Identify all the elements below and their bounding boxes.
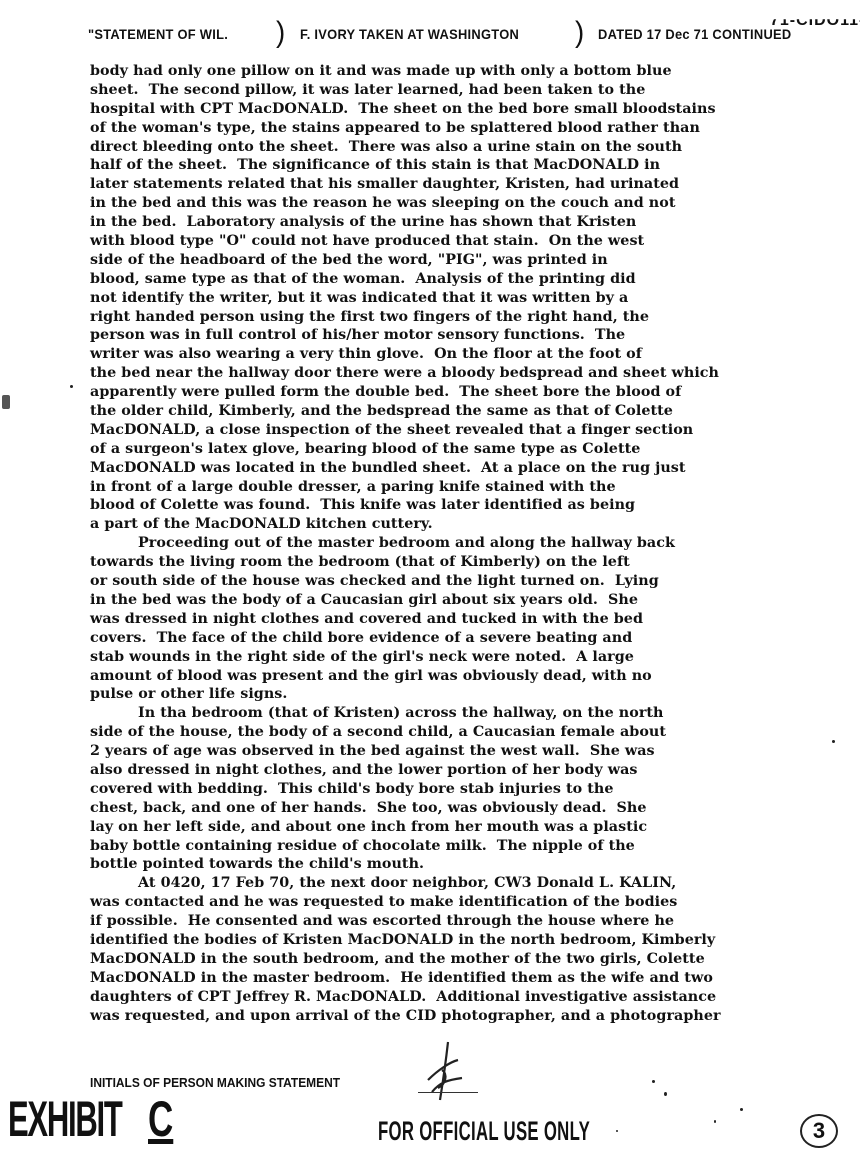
text-line: or south side of the house was checked a… [90, 572, 820, 591]
text-line: MacDONALD in the south bedroom, and the … [90, 950, 820, 969]
text-line: MacDONALD, a close inspection of the she… [90, 421, 820, 440]
initials-label: INITIALS OF PERSON MAKING STATEMENT [90, 1075, 340, 1090]
text-line: pulse or other life signs. [90, 685, 820, 704]
text-line: covered with bedding. This child's body … [90, 780, 820, 799]
dated-label: DATED 17 Dec 71 CONTINUED [598, 26, 791, 42]
text-line: MacDONALD was located in the bundled she… [90, 459, 820, 478]
bracket-mark: ) [276, 16, 285, 50]
text-line: amount of blood was present and the girl… [90, 667, 820, 686]
text-line: blood, same type as that of the woman. A… [90, 270, 820, 289]
scan-artifact [70, 385, 73, 388]
text-line: in the bed was the body of a Caucasian g… [90, 591, 820, 610]
statement-header: 71-CIDO11-0003 "STATEMENT OF WIL. ) F. I… [88, 18, 860, 58]
text-line: 2 years of age was observed in the bed a… [90, 742, 820, 761]
text-line: sheet. The second pillow, it was later l… [90, 81, 820, 100]
text-line: if possible. He consented and was escort… [90, 912, 820, 931]
taken-at-label: F. IVORY TAKEN AT WASHINGTON [300, 26, 519, 42]
text-line: in the bed. Laboratory analysis of the u… [90, 213, 820, 232]
exhibit-stamp: EXHIBIT [8, 1090, 122, 1148]
text-line: side of the headboard of the bed the wor… [90, 251, 820, 270]
text-line: At 0420, 17 Feb 70, the next door neighb… [90, 874, 820, 893]
scan-artifact [664, 1092, 667, 1096]
handwritten-initials [418, 1040, 468, 1110]
text-line: a part of the MacDONALD kitchen cuttery. [90, 515, 820, 534]
text-line: In tha bedroom (that of Kristen) across … [90, 704, 820, 723]
text-line: the older child, Kimberly, and the bedsp… [90, 402, 820, 421]
bracket-mark: ) [575, 16, 584, 50]
text-line: Proceeding out of the master bedroom and… [90, 534, 820, 553]
text-line: right handed person using the first two … [90, 308, 820, 327]
text-line: of a surgeon's latex glove, bearing bloo… [90, 440, 820, 459]
text-line: MacDONALD in the master bedroom. He iden… [90, 969, 820, 988]
text-line: baby bottle containing residue of chocol… [90, 837, 820, 856]
text-line: covers. The face of the child bore evide… [90, 629, 820, 648]
text-line: writer was also wearing a very thin glov… [90, 345, 820, 364]
text-line: lay on her left side, and about one inch… [90, 818, 820, 837]
initials-line [418, 1092, 478, 1093]
text-line: in front of a large double dresser, a pa… [90, 478, 820, 497]
text-line: chest, back, and one of her hands. She t… [90, 799, 820, 818]
page-number: 3 [800, 1114, 838, 1148]
text-line: bottle pointed towards the child's mouth… [90, 855, 820, 874]
text-line: daughters of CPT Jeffrey R. MacDONALD. A… [90, 988, 820, 1007]
text-line: with blood type "O" could not have produ… [90, 232, 820, 251]
exhibit-letter: C [148, 1090, 173, 1148]
classification-marking: FOR OFFICIAL USE ONLY [378, 1116, 590, 1147]
text-line: towards the living room the bedroom (tha… [90, 553, 820, 572]
scan-artifact [832, 740, 835, 743]
text-line: person was in full control of his/her mo… [90, 326, 820, 345]
text-line: not identify the writer, but it was indi… [90, 289, 820, 308]
text-line: stab wounds in the right side of the gir… [90, 648, 820, 667]
text-line: in the bed and this was the reason he wa… [90, 194, 820, 213]
text-line: was requested, and upon arrival of the C… [90, 1007, 820, 1026]
text-line: the bed near the hallway door there were… [90, 364, 820, 383]
statement-body: body had only one pillow on it and was m… [90, 62, 820, 1025]
text-line: was contacted and he was requested to ma… [90, 893, 820, 912]
text-line: hospital with CPT MacDONALD. The sheet o… [90, 100, 820, 119]
text-line: was dressed in night clothes and covered… [90, 610, 820, 629]
scan-artifact [652, 1080, 655, 1083]
statement-of-label: "STATEMENT OF WIL. [88, 26, 228, 42]
text-line: apparently were pulled form the double b… [90, 383, 820, 402]
text-line: side of the house, the body of a second … [90, 723, 820, 742]
text-line: half of the sheet. The significance of t… [90, 156, 820, 175]
scan-artifact [714, 1120, 716, 1123]
text-line: also dressed in night clothes, and the l… [90, 761, 820, 780]
text-line: identified the bodies of Kristen MacDONA… [90, 931, 820, 950]
text-line: later statements related that his smalle… [90, 175, 820, 194]
text-line: direct bleeding onto the sheet. There wa… [90, 138, 820, 157]
text-line: of the woman's type, the stains appeared… [90, 119, 820, 138]
scan-artifact [740, 1108, 743, 1111]
text-line: body had only one pillow on it and was m… [90, 62, 820, 81]
scan-artifact [616, 1130, 618, 1132]
scan-artifact [2, 395, 10, 409]
text-line: blood of Colette was found. This knife w… [90, 496, 820, 515]
